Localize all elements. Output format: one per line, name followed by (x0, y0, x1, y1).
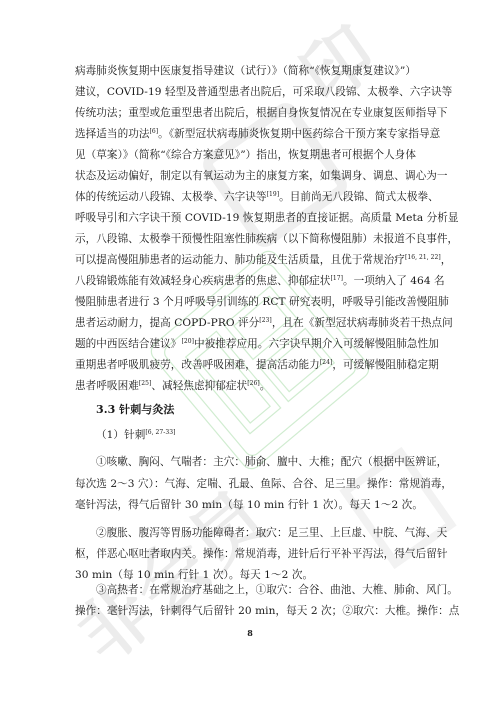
citation: [16, 21, 22] (405, 254, 441, 261)
item-line: 操作：毫针泻法，针刺得气后留针 20 min，每天 2 次；②取穴：大椎。操作：… (75, 604, 425, 618)
body-line: 病毒肺炎恢复期中医康复指导建议（试行）》（简称“《恢复期康复建议》”） (75, 64, 425, 78)
body-line: 选择适当的功法[6]。《新型冠状病毒肺炎恢复期中医药综合干预方案专家指导意 (75, 127, 425, 141)
item-line: ①咳嗽、胸闷、气喘者：主穴：肺俞、膻中、大椎；配穴（根据中医辨证， (96, 455, 425, 469)
watermark-text-top: 印 (277, 0, 392, 122)
citation: [6] (150, 128, 159, 135)
body-line: 传统功法；重型或危重型患者出院后，根据自身恢复情况在专业康复医师指导下 (75, 106, 425, 120)
body-line: 见（草案）》（简称“《综合方案意见》”）指出，恢复期患者可根据个人身体 (75, 148, 425, 162)
body-line: 可以提高慢阻肺患者的运动能力、肺功能及生活质量，且优于常规治疗[16, 21, … (75, 253, 425, 267)
body-line: 示，八段锦、太极拳干预慢性阻塞性肺疾病（以下简称慢阻肺）未报道不良事件， (75, 232, 425, 246)
body-line: 体的传统运动八段锦、太极拳、六字诀等[19]。目前尚无八段锦、简式太极拳、 (75, 190, 425, 204)
body-line: 建议，COVID-19 轻型及普通型患者出院后，可采取八段锦、太极拳、六字诀等 (75, 85, 425, 99)
item-line: ②腹胀、腹泻等胃肠功能障碍者：取穴：足三里、上巨虚、中脘、气海、天 (96, 526, 425, 540)
item-line: 枢，伴恶心呕吐者取内关。操作：常规消毒，进针后行平补平泻法，得气后留针 (75, 547, 425, 561)
subsection-title: （1）针刺[6, 27-33] (96, 428, 446, 442)
body-line: 题的中西医结合建议》[20]中被推荐应用。六字诀早期介入可缓解慢阻肺急性加 (75, 337, 425, 351)
item-line: 30 min（每 10 min 行针 1 次）。每天 1～2 次。 (75, 568, 425, 582)
body-line: 状态及运动偏好，制定以有氧运动为主的康复方案，如集调身、调息、调心为一 (75, 169, 425, 183)
citation: [20] (181, 338, 194, 345)
body-line: 重期患者呼吸肌疲劳，改善呼吸困难，提高活动能力[24]，可缓解慢阻肺稳定期 (75, 358, 425, 372)
body-line: 八段锦锻炼能有效减轻身心疾病患者的焦虑、抑郁症状[17]。一项纳入了 464 名 (75, 274, 425, 288)
item-line: 毫针泻法，得气后留针 30 min（每 10 min 行针 1 次）。每天 1～… (75, 498, 425, 512)
body-line: 患者运动耐力，提高 COPD-PRO 评分[23]，且在《新型冠状病毒肺炎若干热… (75, 316, 425, 330)
citation: [19] (267, 191, 280, 198)
citation: [17] (330, 275, 343, 282)
item-line: ③高热者：在常规治疗基础之上，①取穴：合谷、曲池、大椎、肺俞、风门。 (96, 583, 425, 597)
citation: [23] (259, 317, 272, 324)
body-line: 慢阻肺患者进行 3 个月呼吸导引训练的 RCT 研究表明，呼吸导引能改善慢阻肺 (75, 295, 425, 309)
item-line: 每次选 2～3 穴）：气海、定喘、孔最、鱼际、合谷、足三里。操作：常规消毒， (75, 477, 425, 491)
citation: [25] (139, 380, 152, 387)
body-line: 患者呼吸困难[25]、减轻焦虑抑郁症状[26]。 (75, 379, 425, 393)
citation: [6, 27-33] (145, 429, 175, 436)
body-line: 呼吸导引和六字诀干预 COVID-19 恢复期患者的直接证据。高质量 Meta … (75, 211, 425, 225)
section-heading: 3.3 针刺与灸法 (96, 403, 446, 417)
citation: [26] (247, 380, 260, 387)
citation: [24] (320, 359, 333, 366)
document-page: 印 非会员 病毒肺炎恢复期中医康复指导建议（试行）》（简称“《恢复期康复建议》”… (0, 0, 500, 707)
page-number: 8 (0, 628, 500, 638)
